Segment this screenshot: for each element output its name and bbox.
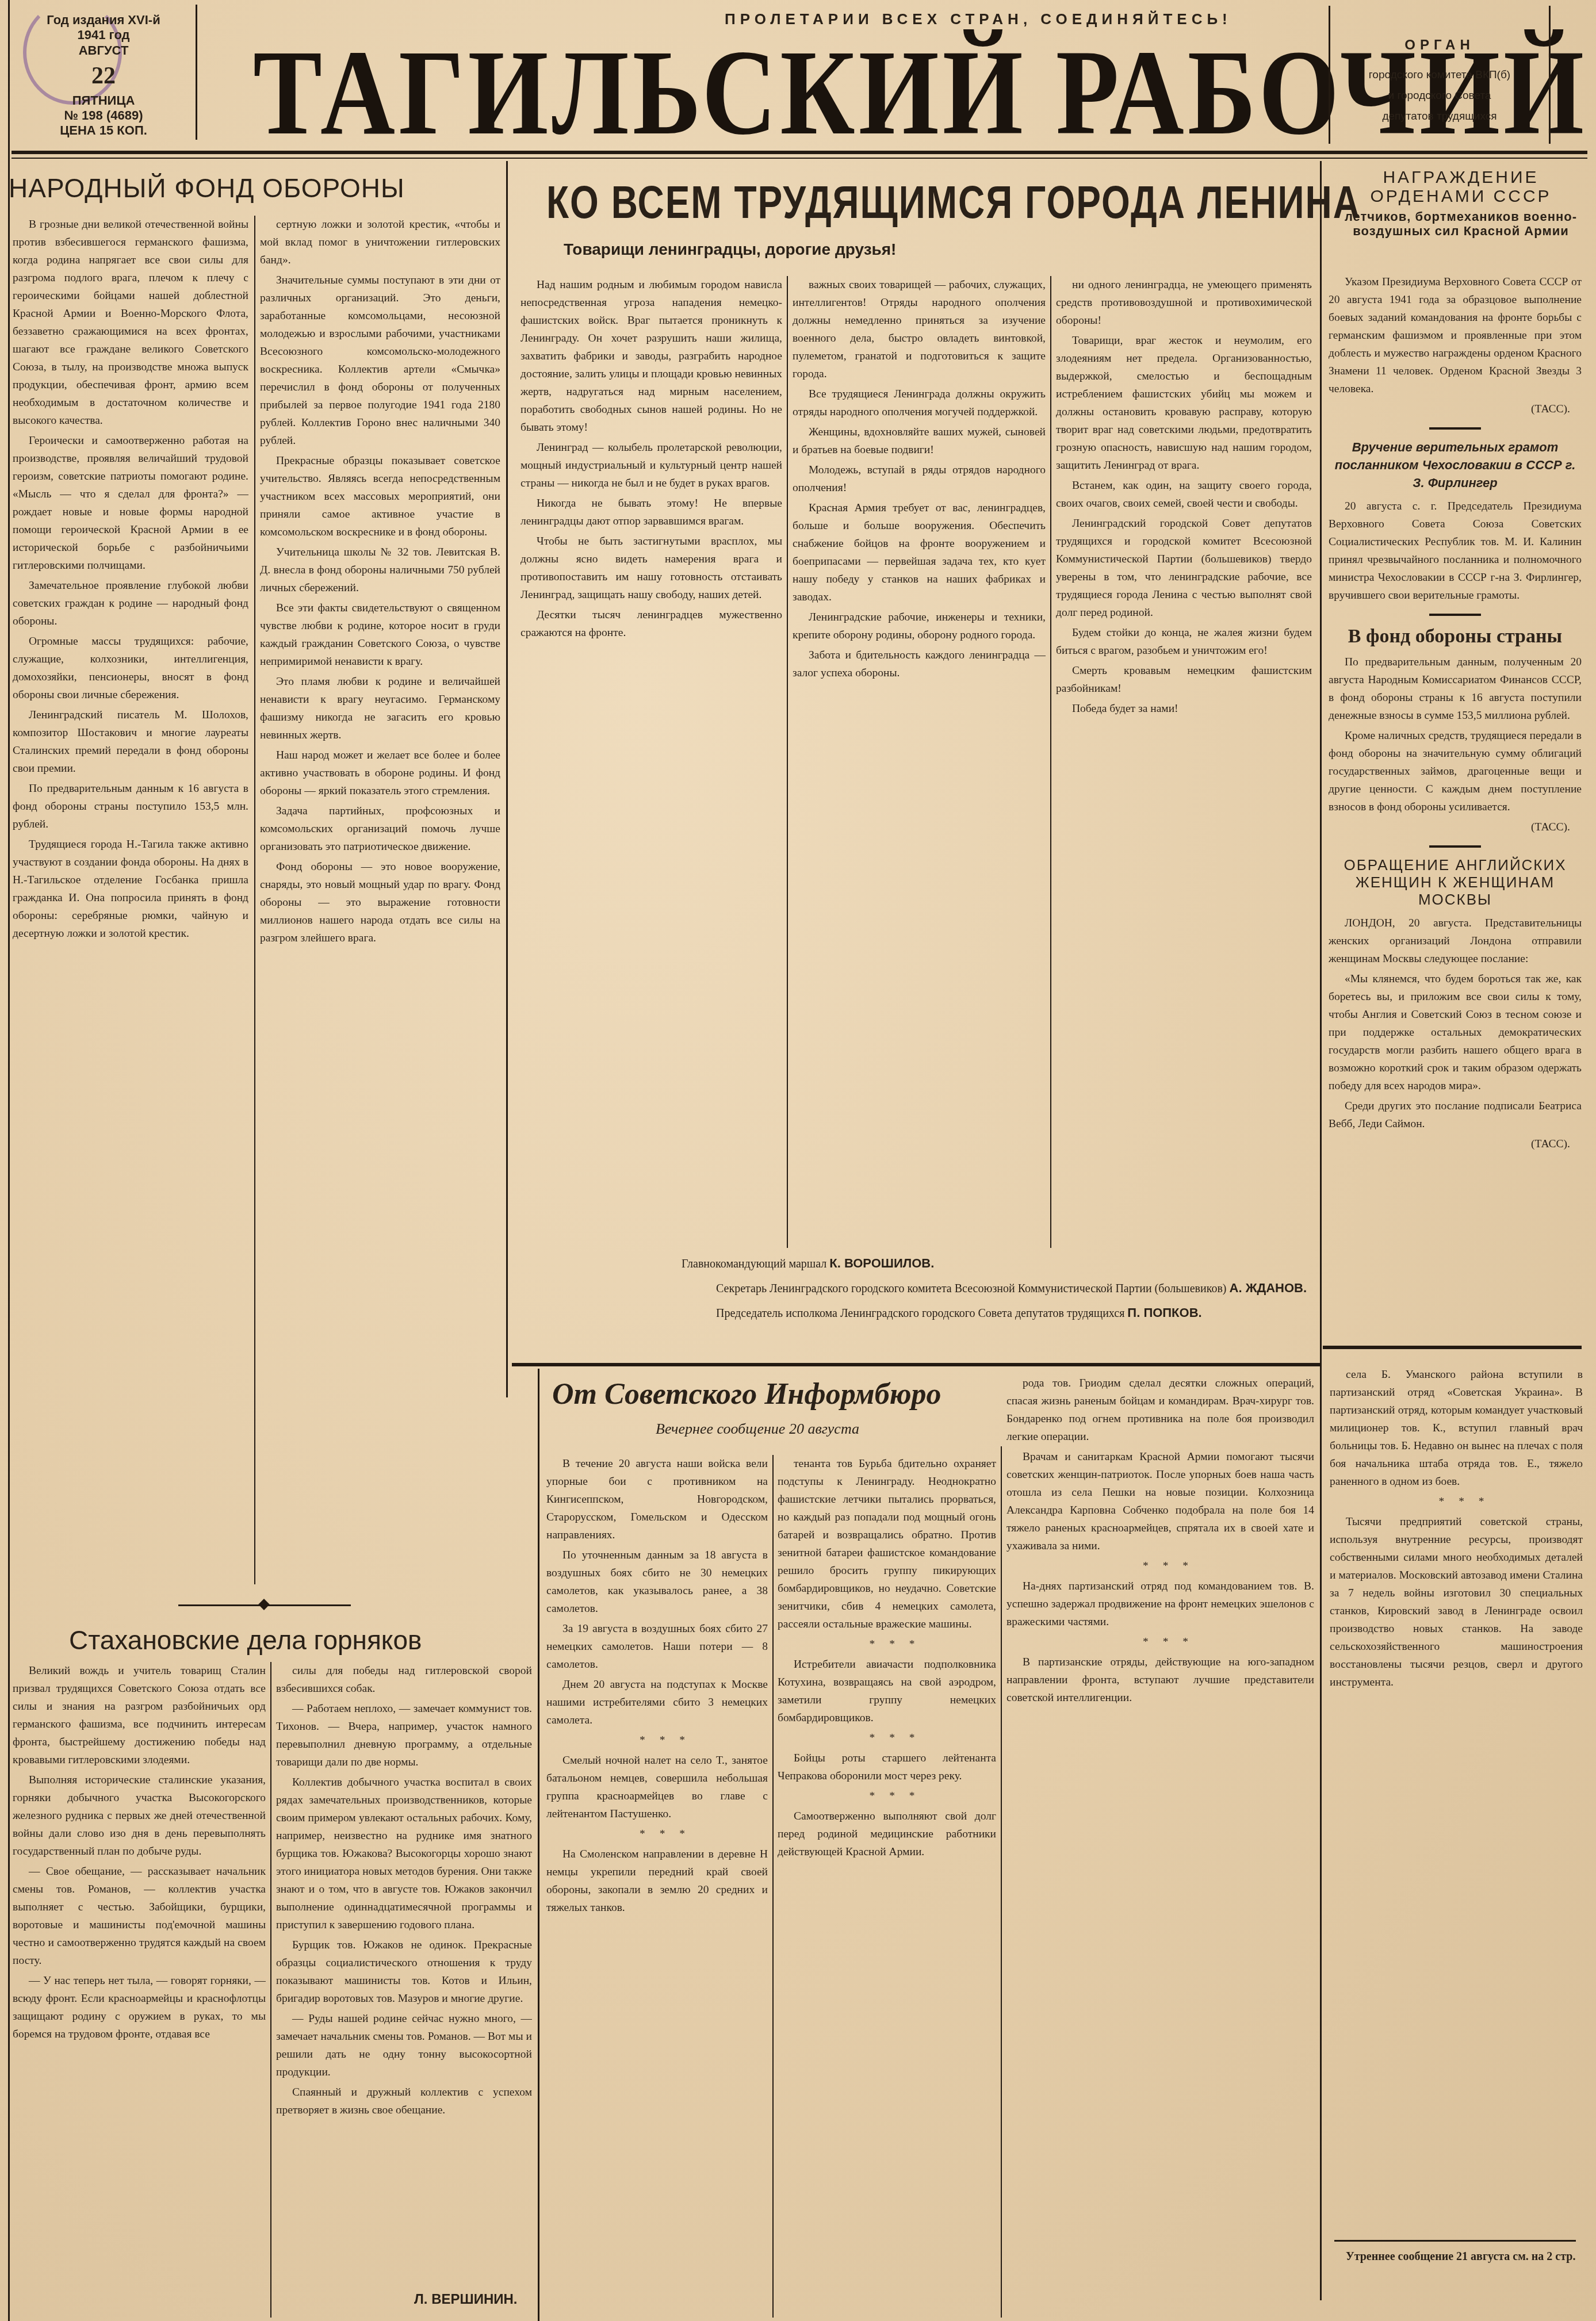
award-headline-block: НАГРАЖДЕНИЕ ОРДЕНАМИ СССР летчиков, борт… (1340, 168, 1582, 239)
fund-headline: НАРОДНЫЙ ФОНД ОБОРОНЫ (9, 173, 405, 204)
paragraph: ни одного ленинградца, не умеющего приме… (1056, 276, 1312, 330)
women-body-1: ЛОНДОН, 20 августа. Представительницы же… (1329, 914, 1582, 968)
paragraph: важных своих товарищей — рабочих, служащ… (793, 276, 1046, 383)
leningrad-column-1: Над нашим родным и любимым городом навис… (520, 276, 782, 1248)
organ-line: депутатов трудящихся (1330, 106, 1549, 127)
paragraph: Коллектив добычного участка воспитал в с… (276, 1774, 532, 1934)
masthead-rule (12, 151, 1587, 154)
award-body: Указом Президиума Верховного Совета СССР… (1329, 273, 1582, 398)
paragraph: Молодежь, вступай в ряды отрядов народно… (793, 461, 1046, 497)
paragraph: — Руды нашей родине сейчас нужно много, … (276, 2010, 532, 2081)
separator (1429, 614, 1481, 616)
paragraph: — Свое обещание, — рассказывает начальни… (13, 1863, 266, 1970)
divider-stakh-info (538, 1369, 539, 2321)
paragraph: Красная Армия требует от вас, ленинградц… (793, 499, 1046, 606)
credentials-body: 20 августа с. г. Председатель Президиума… (1329, 497, 1582, 604)
paragraph: В течение 20 августа наши войска вели уп… (546, 1455, 768, 1544)
leningrad-headline: КО ВСЕМ ТРУДЯЩИМСЯ ГОРОДА ЛЕНИНА (546, 175, 1361, 229)
separator (1429, 427, 1481, 430)
award-subheadline: летчиков, бортмехаников военно-воздушных… (1340, 209, 1582, 239)
paragraph: Значительные суммы поступают в эти дни о… (260, 271, 500, 450)
paragraph: сертную ложки и золотой крестик, «чтобы … (260, 216, 500, 269)
signatures-block: Главнокомандующий маршал К. ВОРОШИЛОВ. С… (520, 1254, 1314, 1323)
informburo-column-2: тенанта тов Бурьба бдительно охраняет по… (778, 1455, 996, 2318)
column-divider (254, 216, 255, 1584)
column-divider (1001, 1446, 1002, 2318)
paragraph: Все трудящиеся Ленинграда должны окружит… (793, 385, 1046, 421)
paragraph: За 19 августа в воздушных боях сбито 27 … (546, 1620, 768, 1673)
informburo-column-4: села Б. Уманского района вступили в парт… (1330, 1366, 1583, 2243)
credentials-headline: Вручение верительных грамот посланником … (1329, 439, 1582, 492)
paragraph: Выполняя исторические сталинские указани… (13, 1771, 266, 1860)
column-divider (772, 1455, 774, 2318)
section-stars: * * * (778, 1729, 996, 1747)
paragraph: Бурщик тов. Южаков не одинок. Прекрасные… (276, 1936, 532, 2008)
stakhanov-author: Л. ВЕРШИНИН. (414, 2292, 517, 2308)
paragraph: Над нашим родным и любимым городом навис… (520, 276, 782, 436)
fund-column-1: В грозные дни великой отечественной войн… (13, 216, 248, 1584)
paragraph: Будем стойки до конца, не жалея жизни бу… (1056, 624, 1312, 660)
source-tass: (ТАСС). (1329, 1135, 1570, 1153)
weekday: ПЯТНИЦА (12, 93, 196, 108)
paragraph: Ленинградский городской Совет депутатов … (1056, 515, 1312, 622)
footer-rule (1334, 2240, 1576, 2242)
paragraph: Спаянный и дружный коллектив с успехом п… (276, 2083, 532, 2119)
paragraph: Самоотверженно выполняют свой долг перед… (778, 1807, 996, 1861)
source-tass: (ТАСС). (1329, 818, 1570, 836)
organ-line: и городского Совета (1330, 86, 1549, 106)
paragraph: В партизанские отряды, действующие на юг… (1006, 1653, 1314, 1707)
leningrad-subheadline: Товарищи ленинградцы, дорогие друзья! (564, 240, 896, 259)
paragraph: Наш народ может и желает все более и бол… (260, 746, 500, 800)
paragraph: Тысячи предприятий советской страны, исп… (1330, 1513, 1583, 1691)
paragraph: Десятки тысяч ленинградцев мужественно с… (520, 606, 782, 642)
paragraph: Истребители авиачасти подполковника Коту… (778, 1656, 996, 1727)
paragraph: На-днях партизанский отряд под командова… (1006, 1577, 1314, 1631)
section-stars: * * * (546, 1732, 768, 1749)
organ-box: ОРГАН городского комитета ВКП(б) и город… (1329, 6, 1551, 144)
day-number: 22 (12, 62, 196, 90)
paragraph: Все эти факты свидетельствуют о священно… (260, 599, 500, 671)
paragraph: На Смоленском направлении в деревне Н не… (546, 1845, 768, 1917)
column-divider (1050, 276, 1051, 1248)
paragraph: рода тов. Гриодим сделал десятки сложных… (1006, 1374, 1314, 1446)
paragraph: Врачам и санитаркам Красной Армии помога… (1006, 1448, 1314, 1555)
paragraph: Фонд обороны — это новое вооружение, сна… (260, 858, 500, 947)
signature: Секретарь Ленинградского городского коми… (520, 1278, 1314, 1299)
women-body-2: «Мы клянемся, что будем бороться так же,… (1329, 970, 1582, 1095)
divider-fund-lenin (506, 161, 508, 1397)
divider-lenin-right (1320, 161, 1322, 2300)
paragraph: села Б. Уманского района вступили в парт… (1330, 1366, 1583, 1491)
stakhanov-column-2: силы для победы над гитлеровской сворой … (276, 1662, 532, 2295)
paragraph: Великий вождь и учитель товарищ Сталин п… (13, 1662, 266, 1769)
signature-title: Главнокомандующий маршал (682, 1258, 826, 1270)
paragraph: — У нас теперь нет тыла, — говорят горня… (13, 1972, 266, 2043)
women-body-3: Среди других это послание подписали Беат… (1329, 1097, 1582, 1133)
women-headline: ОБРАЩЕНИЕ АНГЛИЙСКИХ ЖЕНЩИН К ЖЕНЩИНАМ М… (1329, 857, 1582, 909)
column-divider (787, 276, 788, 1248)
paragraph: Встанем, как один, на защиту своего горо… (1056, 477, 1312, 512)
informburo-subheadline: Вечернее сообщение 20 августа (656, 1420, 859, 1438)
issue-number: № 198 (4689) (12, 108, 196, 123)
organ-line: городского комитета ВКП(б) (1330, 65, 1549, 86)
signature-name: П. ПОПКОВ. (1127, 1305, 1201, 1320)
section-stars: * * * (1006, 1633, 1314, 1651)
paragraph: Прекрасные образцы показывает советское … (260, 452, 500, 541)
fund-column-2: сертную ложки и золотой крестик, «чтобы … (260, 216, 500, 1584)
leningrad-column-3: ни одного ленинградца, не умеющего приме… (1056, 276, 1312, 1248)
informburo-column-1: В течение 20 августа наши войска вели уп… (546, 1455, 768, 2318)
award-headline: НАГРАЖДЕНИЕ ОРДЕНАМИ СССР (1340, 168, 1582, 206)
separator (1429, 845, 1481, 848)
section-rule (1323, 1346, 1582, 1349)
paragraph: — Работаем неплохо, — замечает коммунист… (276, 1700, 532, 1771)
paragraph: Ленинград — колыбель пролетарской револю… (520, 439, 782, 492)
paragraph: Победа будет за нами! (1056, 700, 1312, 718)
source-tass: (ТАСС). (1329, 400, 1570, 418)
paragraph: Замечательное проявление глубокой любви … (13, 577, 248, 630)
paragraph: Чтобы не быть застигнутыми врасплох, мы … (520, 533, 782, 604)
paragraph: Это пламя любви к родине и величайшей не… (260, 673, 500, 744)
stakhanov-headline: Стахановские дела горняков (69, 1625, 422, 1656)
section-rule (512, 1363, 1320, 1366)
paragraph: По предварительным данным к 16 августа в… (13, 780, 248, 833)
fund-country-body-1: По предварительным данным, полученным 20… (1329, 653, 1582, 725)
price: ЦЕНА 15 КОП. (12, 123, 196, 138)
paragraph: тенанта тов Бурьба бдительно охраняет по… (778, 1455, 996, 1633)
paragraph: Огромные массы трудящихся: рабочие, служ… (13, 633, 248, 704)
paragraph: Учительница школы № 32 тов. Левитская В.… (260, 543, 500, 597)
signature-title: Секретарь Ленинградского городского коми… (716, 1282, 1227, 1295)
paragraph: Героически и самоотверженно работая на п… (13, 432, 248, 574)
section-stars: * * * (778, 1636, 996, 1653)
right-column: Указом Президиума Верховного Совета СССР… (1329, 273, 1582, 1409)
morning-report-note: Утреннее сообщение 21 августа см. на 2 с… (1346, 2249, 1582, 2265)
leningrad-column-2: важных своих товарищей — рабочих, служащ… (793, 276, 1046, 1248)
signature: Председатель исполкома Ленинградского го… (520, 1303, 1314, 1323)
paragraph: Ленинградский писатель М. Шолохов, компо… (13, 706, 248, 778)
masthead-rule-thin (12, 158, 1587, 159)
issue-date-box: Год издания XVI-й 1941 год АВГУСТ 22 ПЯТ… (12, 5, 197, 140)
stakhanov-column-1: Великий вождь и учитель товарищ Сталин п… (13, 1662, 266, 2318)
fund-country-body-2: Кроме наличных средств, трудящиеся перед… (1329, 727, 1582, 816)
paragraph: Смерть кровавым немецким фашистским разб… (1056, 662, 1312, 698)
paragraph: Бойцы роты старшего лейтенанта Чепракова… (778, 1749, 996, 1785)
signature-name: К. ВОРОШИЛОВ. (829, 1256, 934, 1270)
paragraph: Смелый ночной налет на село Т., занятое … (546, 1752, 768, 1823)
section-stars: * * * (778, 1787, 996, 1805)
section-stars: * * * (1330, 1493, 1583, 1511)
paragraph: Трудящиеся города Н.-Тагила также активн… (13, 836, 248, 943)
paragraph: По уточненным данным за 18 августа в воз… (546, 1546, 768, 1618)
edition-line: Год издания XVI-й (12, 13, 196, 28)
paragraph: Задача партийных, профсоюзных и комсомол… (260, 802, 500, 856)
informburo-column-3: рода тов. Гриодим сделал десятки сложных… (1006, 1374, 1314, 2318)
diamond-separator (178, 1604, 351, 1606)
section-stars: * * * (546, 1825, 768, 1843)
informburo-headline: От Советского Информбюро (552, 1377, 941, 1411)
paragraph: Никогда не бывать этому! Не впервые лени… (520, 495, 782, 530)
year-line: 1941 год (12, 28, 196, 43)
paragraph: В грозные дни великой отечественной войн… (13, 216, 248, 430)
column-divider (270, 1662, 271, 2318)
paragraph: Днем 20 августа на подступах к Москве на… (546, 1676, 768, 1729)
paragraph: силы для победы над гитлеровской сворой … (276, 1662, 532, 1698)
paragraph: Забота и бдительность каждого ленинградц… (793, 646, 1046, 682)
paragraph: Женщины, вдохновляйте ваших мужей, сынов… (793, 423, 1046, 459)
fund-country-headline: В фонд обороны страны (1329, 625, 1582, 648)
section-stars: * * * (1006, 1557, 1314, 1575)
month: АВГУСТ (12, 43, 196, 58)
paragraph: Товарищи, враг жесток и неумолим, его зл… (1056, 332, 1312, 474)
page-left-border (8, 0, 10, 2321)
signature-name: А. ЖДАНОВ. (1230, 1281, 1307, 1295)
signature: Главнокомандующий маршал К. ВОРОШИЛОВ. (520, 1254, 1314, 1274)
organ-label: ОРГАН (1330, 37, 1549, 53)
signature-title: Председатель исполкома Ленинградского го… (716, 1307, 1124, 1320)
paragraph: Ленинградские рабочие, инженеры и техник… (793, 608, 1046, 644)
